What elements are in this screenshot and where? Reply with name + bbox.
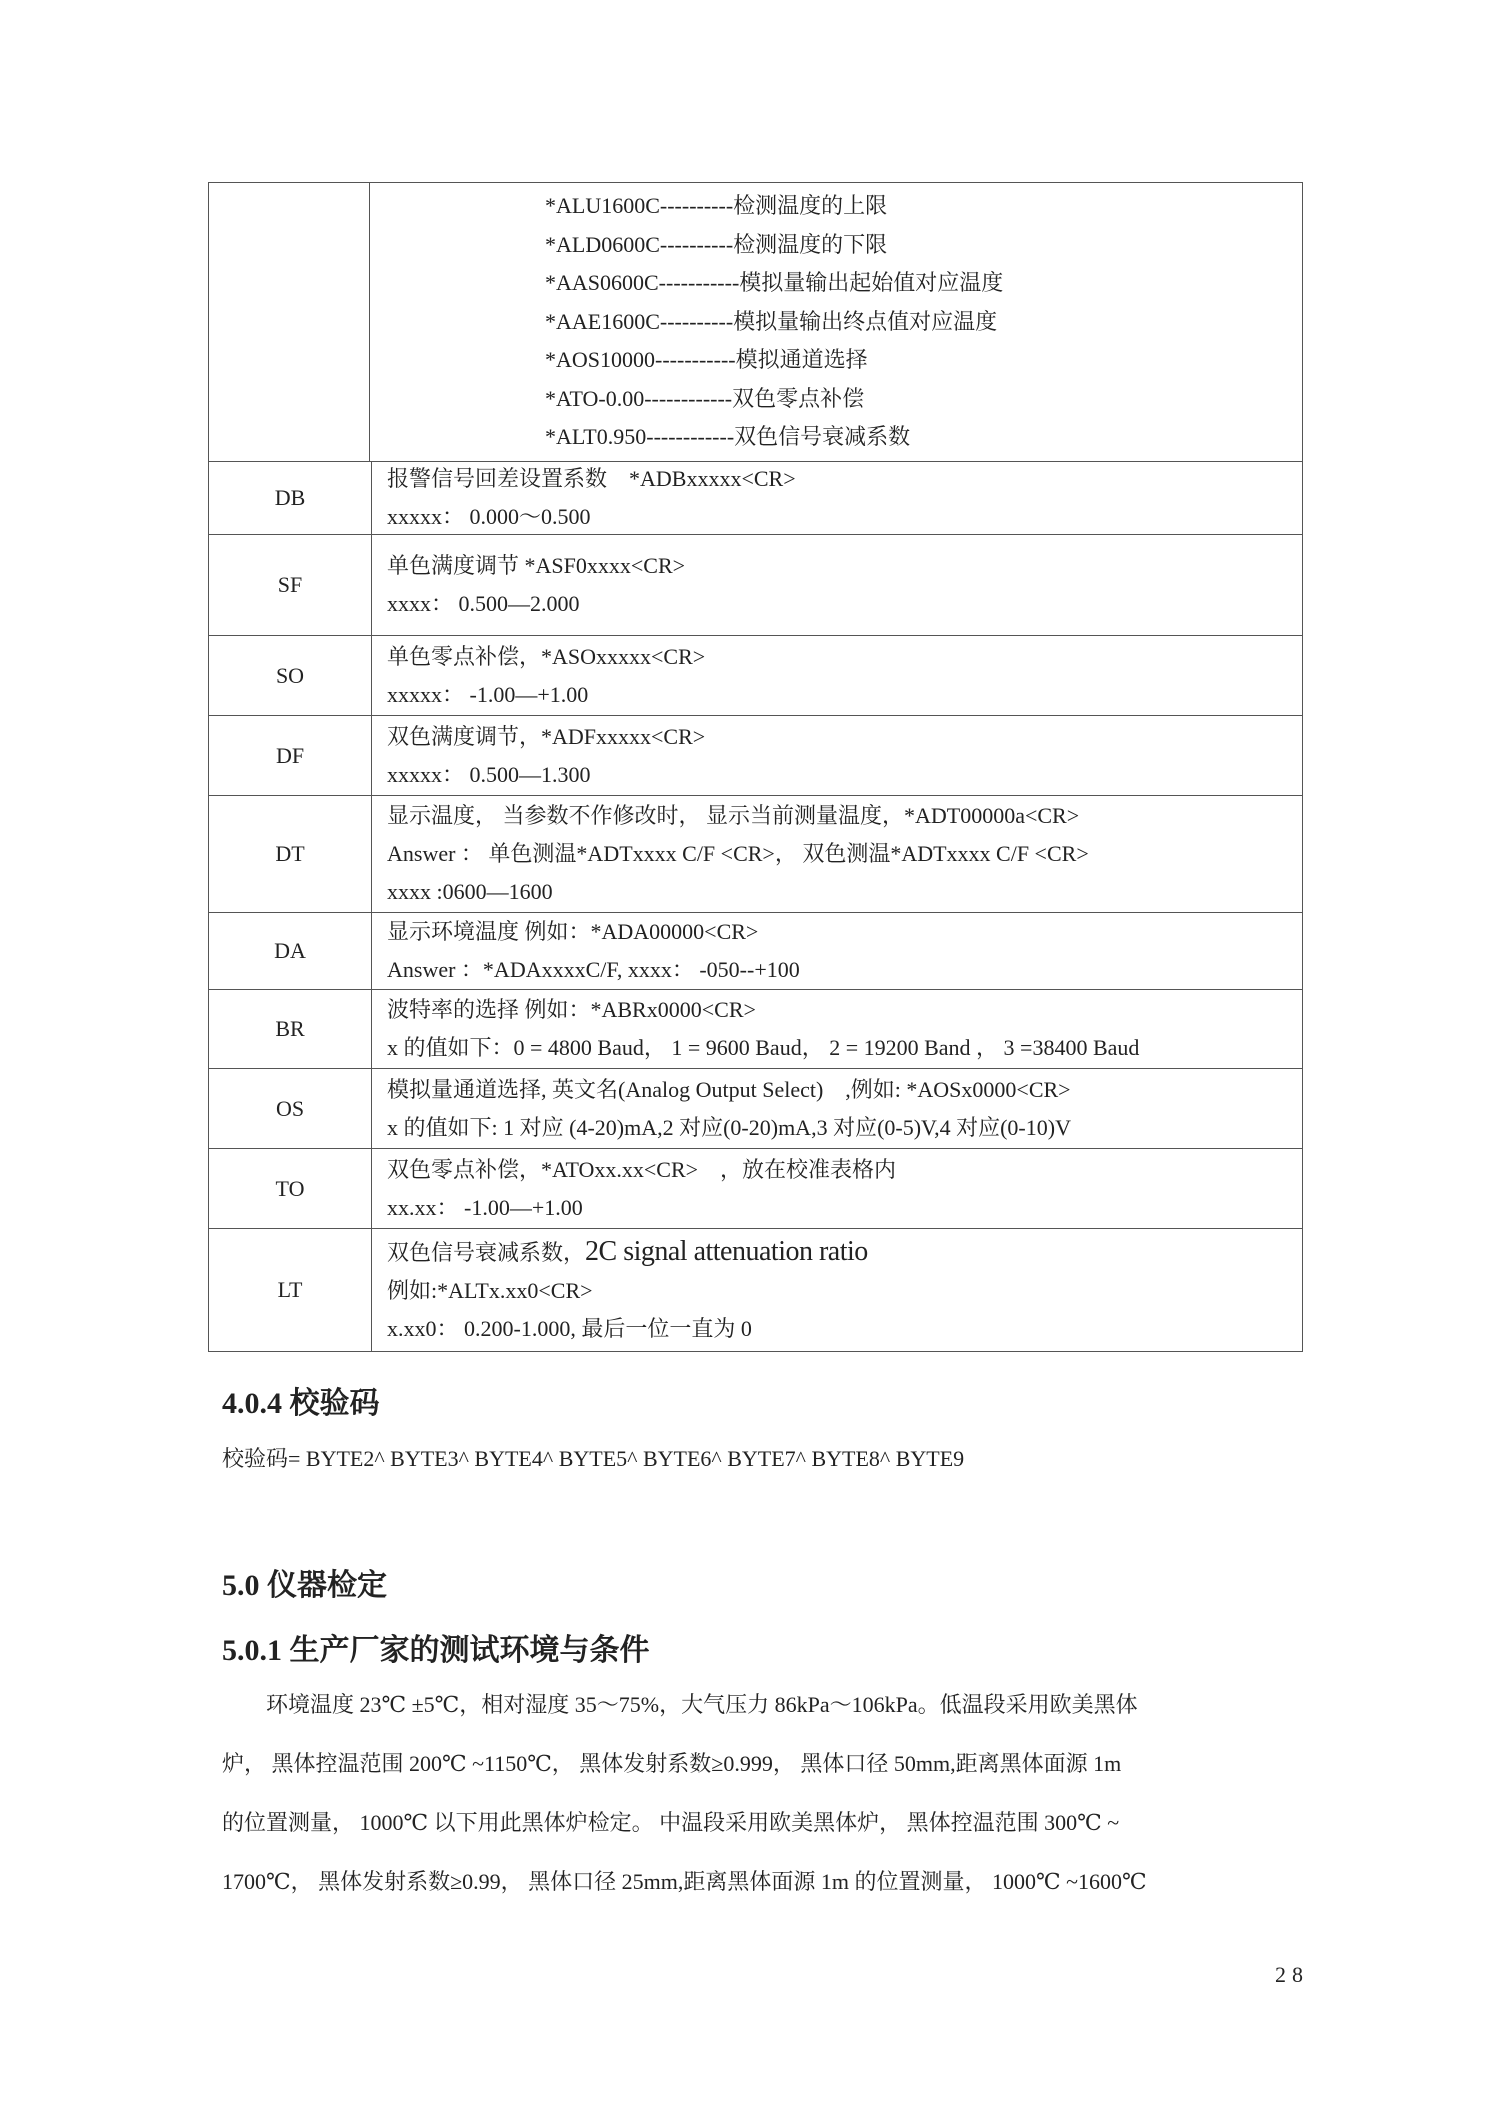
table-row-dt: DT 显示温度， 当参数不作修改时， 显示当前测量温度，*ADT00000a<C… bbox=[208, 796, 1303, 913]
row-line: xxxxx： 0.000～0.500 bbox=[387, 498, 1302, 536]
row-line: x 的值如下: 1 对应 (4-20)mA,2 对应(0-20)mA,3 对应(… bbox=[387, 1109, 1302, 1147]
row-line: xxxx :0600—1600 bbox=[387, 873, 1302, 911]
row-line: 单色零点补偿，*ASOxxxxx<CR> bbox=[387, 638, 1302, 676]
table-row-sf: SF 单色满度调节 *ASF0xxxx<CR>xxxx： 0.500—2.000 bbox=[208, 535, 1303, 636]
row-line: 例如:*ALTx.xx0<CR> bbox=[387, 1272, 1302, 1310]
row-key: DA bbox=[209, 913, 372, 989]
heading-501: 5.0.1 生产厂家的测试环境与条件 bbox=[222, 1625, 650, 1669]
row-title-cn: 双色信号衰减系数， bbox=[387, 1240, 585, 1265]
row-line: 双色零点补偿，*ATOxx.xx<CR> ，放在校准表格内 bbox=[387, 1151, 1302, 1189]
row-key: SO bbox=[209, 636, 372, 715]
row-title-en: 2C signal attenuation ratio bbox=[585, 1236, 868, 1267]
row-key: BR bbox=[209, 990, 372, 1068]
row-line: 显示环境温度 例如：*ADA00000<CR> bbox=[387, 913, 1302, 951]
command-table: *ALU1600C----------检测温度的上限 *ALD0600C----… bbox=[208, 182, 1303, 462]
row-line: 显示温度， 当参数不作修改时， 显示当前测量温度，*ADT00000a<CR> bbox=[387, 797, 1302, 835]
paragraph-line: 环境温度 23℃ ±5℃，相对湿度 35～75%，大气压力 86kPa～106k… bbox=[222, 1688, 1302, 1719]
row-line: xxxx： 0.500—2.000 bbox=[387, 585, 1302, 623]
paragraph-line: 炉， 黑体控温范围 200℃ ~1150℃， 黑体发射系数≥0.999， 黑体口… bbox=[222, 1747, 1302, 1778]
cmd-line: *AOS10000-----------模拟通道选择 bbox=[545, 341, 1302, 380]
row-line: 单色满度调节 *ASF0xxxx<CR> bbox=[387, 547, 1302, 585]
row-line: xx.xx： -1.00—+1.00 bbox=[387, 1189, 1302, 1227]
table-row-os: OS 模拟量通道选择, 英文名(Analog Output Select) ,例… bbox=[208, 1069, 1303, 1149]
table-row-to: TO 双色零点补偿，*ATOxx.xx<CR> ，放在校准表格内xx.xx： -… bbox=[208, 1149, 1303, 1229]
heading-50: 5.0 仪器检定 bbox=[222, 1560, 387, 1604]
checksum-formula: 校验码= BYTE2^ BYTE3^ BYTE4^ BYTE5^ BYTE6^ … bbox=[222, 1442, 964, 1473]
table-row-br: BR 波特率的选择 例如：*ABRx0000<CR>x 的值如下：0 = 480… bbox=[208, 990, 1303, 1069]
paragraph-line: 的位置测量， 1000℃ 以下用此黑体炉检定。 中温段采用欧美黑体炉， 黑体控温… bbox=[222, 1806, 1302, 1837]
row-line: Answer ：*ADAxxxxC/F, xxxx： -050--+100 bbox=[387, 951, 1302, 989]
cmd-line: *ALU1600C----------检测温度的上限 bbox=[545, 187, 1302, 226]
row-line: 模拟量通道选择, 英文名(Analog Output Select) ,例如: … bbox=[387, 1071, 1302, 1109]
row-line: Answer ： 单色测温*ADTxxxx C/F <CR>， 双色测温*ADT… bbox=[387, 835, 1302, 873]
cmd-line: *ATO-0.00------------双色零点补偿 bbox=[545, 380, 1302, 419]
row-line: xxxxx： 0.500—1.300 bbox=[387, 756, 1302, 794]
cmd-line: *AAS0600C-----------模拟量输出起始值对应温度 bbox=[545, 264, 1302, 303]
row-line: 双色满度调节，*ADFxxxxx<CR> bbox=[387, 718, 1302, 756]
row-line: xxxxx： -1.00—+1.00 bbox=[387, 676, 1302, 714]
row-key: OS bbox=[209, 1069, 372, 1148]
row-line: x.xx0： 0.200-1.000, 最后一位一直为 0 bbox=[387, 1310, 1302, 1348]
cmd-line: *AAE1600C----------模拟量输出终点值对应温度 bbox=[545, 303, 1302, 342]
row-key: TO bbox=[209, 1149, 372, 1228]
heading-404: 4.0.4 校验码 bbox=[222, 1378, 380, 1422]
table-row: *ALU1600C----------检测温度的上限 *ALD0600C----… bbox=[209, 183, 1303, 462]
row-key: DF bbox=[209, 716, 372, 795]
row-key: LT bbox=[209, 1229, 372, 1351]
row-line: 报警信号回差设置系数 *ADBxxxxx<CR> bbox=[387, 460, 1302, 498]
paragraph-line: 1700℃， 黑体发射系数≥0.99， 黑体口径 25mm,距离黑体面源 1m … bbox=[222, 1865, 1302, 1896]
table-row-da: DA 显示环境温度 例如：*ADA00000<CR>Answer ：*ADAxx… bbox=[208, 913, 1303, 990]
row-key: SF bbox=[209, 535, 372, 635]
table-row-lt: LT 双色信号衰减系数，2C signal attenuation ratio … bbox=[208, 1229, 1303, 1352]
row-key: DT bbox=[209, 796, 372, 912]
table-row-df: DF 双色满度调节，*ADFxxxxx<CR>xxxxx： 0.500—1.30… bbox=[208, 716, 1303, 796]
row-content: *ALU1600C----------检测温度的上限 *ALD0600C----… bbox=[370, 183, 1303, 462]
row-line: x 的值如下：0 = 4800 Baud， 1 = 9600 Baud， 2 =… bbox=[387, 1029, 1302, 1067]
row-key: DB bbox=[209, 461, 372, 534]
table-row-so: SO 单色零点补偿，*ASOxxxxx<CR>xxxxx： -1.00—+1.0… bbox=[208, 636, 1303, 716]
cmd-line: *ALD0600C----------检测温度的下限 bbox=[545, 226, 1302, 265]
table-row-db: DB 报警信号回差设置系数 *ADBxxxxx<CR>xxxxx： 0.000～… bbox=[208, 461, 1303, 535]
page-number: 28 bbox=[1275, 1962, 1309, 1988]
row-key bbox=[209, 183, 370, 462]
cmd-line: *ALT0.950------------双色信号衰减系数 bbox=[545, 418, 1302, 457]
row-line: 波特率的选择 例如：*ABRx0000<CR> bbox=[387, 991, 1302, 1029]
command-table-body: .r{display:flex;border:1.5px solid #555;… bbox=[208, 461, 1303, 1352]
